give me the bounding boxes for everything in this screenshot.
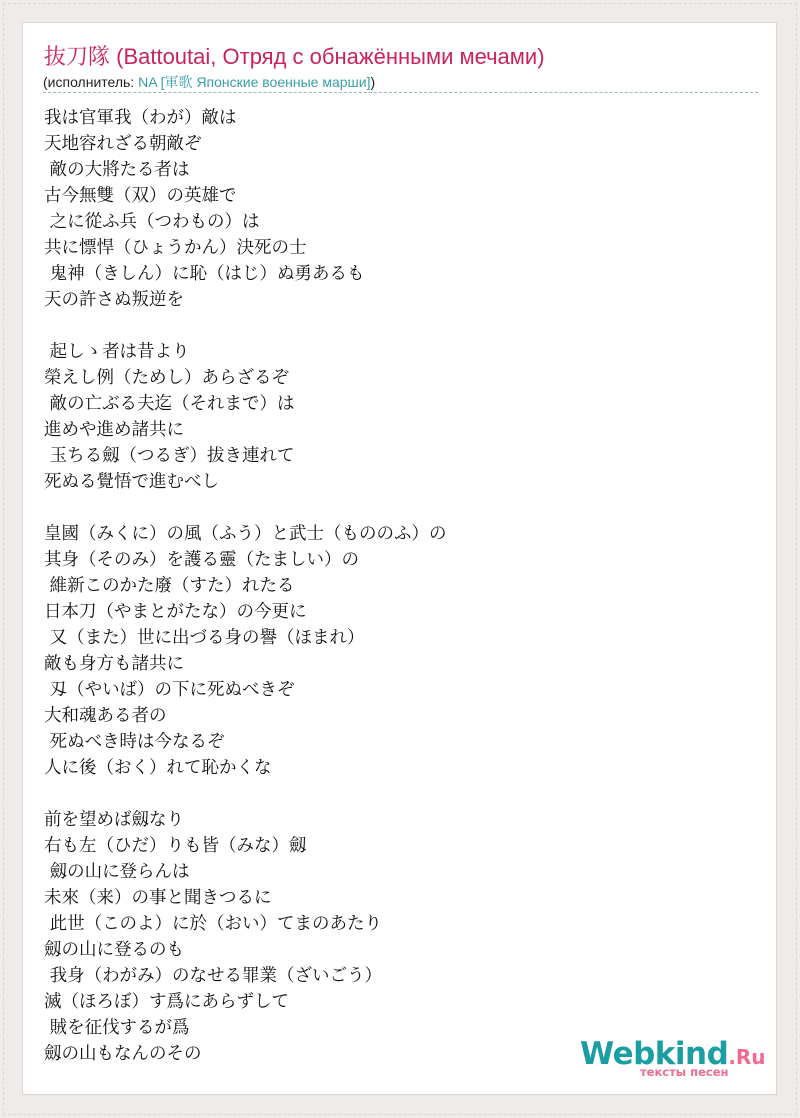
lyric-line: 又（また）世に出づる身の譽（ほまれ）	[44, 625, 447, 651]
lyric-line: 此世（このよ）に於（おい）てまのあたり	[44, 911, 447, 937]
lyric-line: 天地容れざる朝敵ぞ	[44, 131, 447, 157]
lyric-line: 之に從ふ兵（つわもの）は	[44, 209, 447, 235]
lyric-line: 日本刀（やまとがたな）の今更に	[44, 599, 447, 625]
lyric-line: 敵の大將たる者は	[44, 157, 447, 183]
lyric-line: 劔の山に登らんは	[44, 859, 447, 885]
lyric-line: 天の許さぬ叛逆を	[44, 287, 447, 313]
lyric-line	[44, 313, 447, 339]
artist-line: (исполнитель: NA [軍歌 Японские военные ма…	[43, 73, 758, 93]
lyric-line: 我は官軍我（わが）敵は	[44, 105, 447, 131]
lyric-line: 右も左（ひだ）りも皆（みな）劔	[44, 833, 447, 859]
lyric-line: 起しゝ者は昔より	[44, 339, 447, 365]
artist-prefix: (исполнитель:	[43, 74, 138, 90]
artist-suffix: )	[370, 74, 375, 90]
lyric-line: 我身（わがみ）のなせる罪業（ざいごう）	[44, 963, 447, 989]
logo-tagline: тексты песен	[640, 1066, 728, 1079]
lyric-line: 賊を征伐するが爲	[44, 1015, 447, 1041]
lyric-line	[44, 781, 447, 807]
lyric-line: 死ぬべき時は今なるぞ	[44, 729, 447, 755]
lyric-line: 敵の亡ぶる夫迄（それまで）は	[44, 391, 447, 417]
lyric-line: 死ぬる覺悟で進むべし	[44, 469, 447, 495]
lyric-line: 鬼神（きしん）に恥（はじ）ぬ勇あるも	[44, 261, 447, 287]
lyric-line: 劔の山に登るのも	[44, 937, 447, 963]
lyric-line: 進めや進め諸共に	[44, 417, 447, 443]
lyric-line: 劔の山もなんのその	[44, 1041, 447, 1067]
lyric-line: 維新このかた廢（すた）れたる	[44, 573, 447, 599]
site-logo[interactable]: Webkind.Ru тексты песен	[580, 1036, 770, 1080]
lyric-line: 古今無雙（双）の英雄で	[44, 183, 447, 209]
lyrics-body: 我は官軍我（わが）敵は天地容れざる朝敵ぞ 敵の大將たる者は古今無雙（双）の英雄で…	[44, 105, 447, 1067]
lyric-line: 共に慓悍（ひょうかん）決死の士	[44, 235, 447, 261]
song-title: 抜刀隊 (Battoutai, Отряд с обнажёнными меча…	[44, 43, 545, 71]
lyric-line: 大和魂ある者の	[44, 703, 447, 729]
lyric-line: 未來（来）の事と聞きつるに	[44, 885, 447, 911]
lyric-line: 前を望めば劔なり	[44, 807, 447, 833]
lyric-line: 榮えし例（ためし）あらざるぞ	[44, 365, 447, 391]
artist-link[interactable]: NA [軍歌 Японские военные марши]	[138, 74, 370, 90]
lyric-line: 敵も身方も諸共に	[44, 651, 447, 677]
logo-tld: .Ru	[728, 1045, 765, 1069]
lyric-line: 滅（ほろぼ）す爲にあらずして	[44, 989, 447, 1015]
lyric-line: 刄（やいば）の下に死ぬべきぞ	[44, 677, 447, 703]
lyric-line: 玉ちる劔（つるぎ）拔き連れて	[44, 443, 447, 469]
lyric-line: 其身（そのみ）を護る靈（たましい）の	[44, 547, 447, 573]
lyrics-card: 抜刀隊 (Battoutai, Отряд с обнажёнными меча…	[22, 22, 777, 1095]
lyric-line	[44, 495, 447, 521]
lyric-line: 皇國（みくに）の風（ふう）と武士（もののふ）の	[44, 521, 447, 547]
lyric-line: 人に後（おく）れて恥かくな	[44, 755, 447, 781]
